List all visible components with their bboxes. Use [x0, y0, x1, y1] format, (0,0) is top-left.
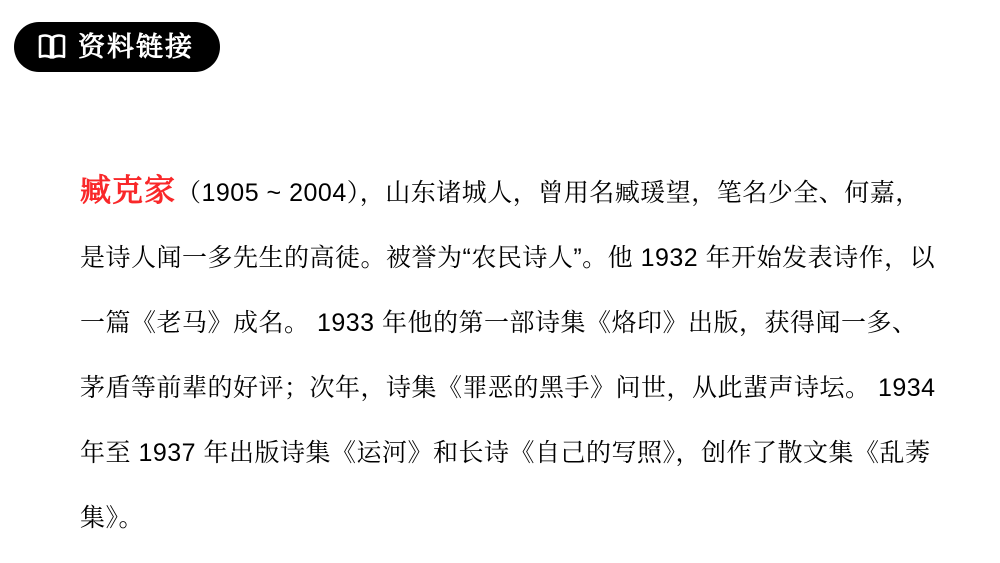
resource-link-badge: 资料链接: [14, 22, 220, 72]
poet-name: 臧克家: [80, 173, 176, 208]
slide: 资料链接 臧克家（1905 ~ 2004），山东诸城人，曾用名臧瑗望，笔名少全、…: [0, 0, 1000, 563]
open-book-icon: [36, 31, 68, 63]
badge-label: 资料链接: [78, 34, 194, 61]
bio-paragraph: 臧克家（1905 ~ 2004），山东诸城人，曾用名臧瑗望，笔名少全、何嘉，是诗…: [80, 158, 942, 551]
bio-text: （1905 ~ 2004），山东诸城人，曾用名臧瑗望，笔名少全、何嘉，是诗人闻一…: [80, 179, 936, 532]
